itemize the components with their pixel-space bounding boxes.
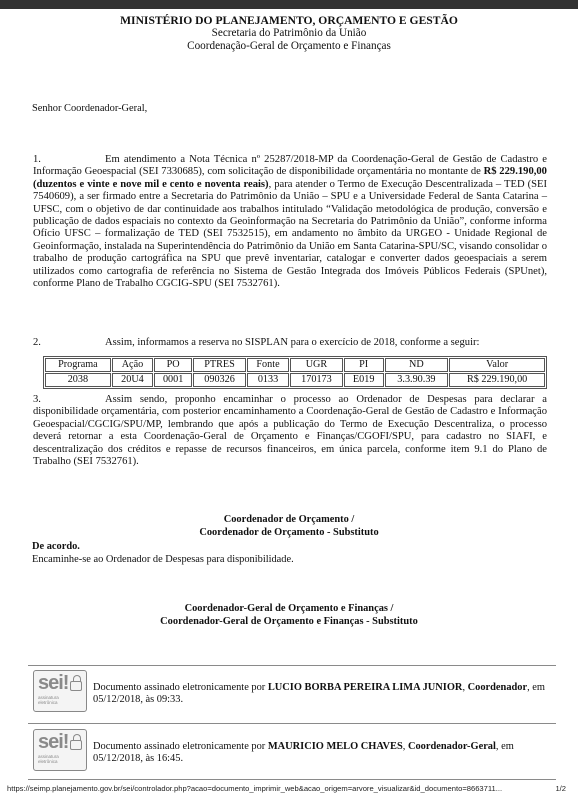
table-cell: 090326	[193, 373, 246, 387]
paragraph-text: Em atendimento a Nota Técnica nº 25287/2…	[33, 154, 547, 177]
sei-logo-text: sei!	[38, 672, 68, 694]
paragraph-2: 2.Assim, informamos a reserva no SISPLAN…	[33, 337, 547, 349]
paragraph-text: Assim, informamos a reserva no SISPLAN p…	[105, 337, 480, 348]
ministry-title: MINISTÉRIO DO PLANEJAMENTO, ORÇAMENTO E …	[0, 14, 578, 27]
table-cell: 170173	[290, 373, 343, 387]
budget-table: ProgramaAçãoPOPTRESFonteUGRPINDValor 203…	[43, 356, 547, 389]
paragraph-number: 3.	[33, 394, 105, 406]
table-header-cell: PTRES	[193, 358, 246, 372]
paragraph-3: 3.Assim sendo, proponho encaminhar o pro…	[33, 394, 547, 468]
table-header-cell: Valor	[449, 358, 545, 372]
table-header-cell: Fonte	[247, 358, 289, 372]
signer-role: Coordenador	[468, 682, 527, 693]
lock-icon	[70, 681, 82, 691]
sei-logo-text: sei!	[38, 731, 68, 753]
paragraph-1: 1.Em atendimento a Nota Técnica nº 25287…	[33, 154, 547, 290]
page-number: 1/2	[555, 784, 566, 793]
sei-logo-subtitle: assinaturaeletrônica	[38, 695, 59, 705]
table-header-cell: PI	[344, 358, 384, 372]
agreement: De acordo. Encaminhe-se ao Ordenador de …	[32, 541, 294, 566]
table-cell: 20U4	[112, 373, 153, 387]
divider	[28, 723, 556, 724]
signature-line: Coordenador de Orçamento /	[0, 514, 578, 527]
table-header-cell: ND	[385, 358, 449, 372]
top-bar	[0, 0, 578, 9]
sei-signature-logo[interactable]: sei! assinaturaeletrônica	[33, 729, 87, 771]
agreement-text: Encaminhe-se ao Ordenador de Despesas pa…	[32, 554, 294, 565]
table-cell: R$ 229.190,00	[449, 373, 545, 387]
lock-icon	[70, 740, 82, 750]
document-header: MINISTÉRIO DO PLANEJAMENTO, ORÇAMENTO E …	[0, 14, 578, 53]
table-header-row: ProgramaAçãoPOPTRESFonteUGRPINDValor	[45, 358, 545, 372]
signature-line: Coordenador-Geral de Orçamento e Finança…	[0, 616, 578, 629]
table-cell: 0001	[154, 373, 192, 387]
greeting: Senhor Coordenador-Geral,	[32, 103, 147, 114]
table-cell: 0133	[247, 373, 289, 387]
paragraph-number: 1.	[33, 154, 105, 166]
table-cell: E019	[344, 373, 384, 387]
signer-name: MAURICIO MELO CHAVES	[268, 741, 403, 752]
page-url[interactable]: https://seimp.planejamento.gov.br/sei/co…	[7, 784, 502, 793]
electronic-signature-1: sei! assinaturaeletrônica Documento assi…	[33, 670, 553, 706]
table-header-cell: Programa	[45, 358, 111, 372]
agreement-title: De acordo.	[32, 541, 294, 554]
signature-line: Coordenador de Orçamento - Substituto	[0, 527, 578, 540]
table-cell: 2038	[45, 373, 111, 387]
signature-block-coordinator: Coordenador de Orçamento / Coordenador d…	[0, 514, 578, 539]
sei-signature-logo[interactable]: sei! assinaturaeletrônica	[33, 670, 87, 712]
table-header-cell: PO	[154, 358, 192, 372]
paragraph-text-cont: , para atender o Termo de Execução Desce…	[33, 179, 547, 289]
signer-role: Coordenador-Geral	[408, 741, 496, 752]
secretariat-title: Secretaria do Patrimônio da União	[0, 27, 578, 40]
paragraph-text: Assim sendo, proponho encaminhar o proce…	[33, 394, 547, 467]
signature-text: Documento assinado eletronicamente por L…	[93, 682, 563, 707]
sei-logo-subtitle: assinaturaeletrônica	[38, 754, 59, 764]
divider	[28, 665, 556, 666]
divider	[28, 779, 556, 780]
table-cell: 3.3.90.39	[385, 373, 449, 387]
signature-line: Coordenador-Geral de Orçamento e Finança…	[0, 603, 578, 616]
signature-text: Documento assinado eletronicamente por M…	[93, 741, 563, 766]
signer-name: LUCIO BORBA PEREIRA LIMA JUNIOR	[268, 682, 463, 693]
table-row: 203820U400010903260133170173E0193.3.90.3…	[45, 373, 545, 387]
table-header-cell: Ação	[112, 358, 153, 372]
table-header-cell: UGR	[290, 358, 343, 372]
signature-block-general-coordinator: Coordenador-Geral de Orçamento e Finança…	[0, 603, 578, 628]
electronic-signature-2: sei! assinaturaeletrônica Documento assi…	[33, 729, 553, 765]
paragraph-number: 2.	[33, 337, 105, 349]
coordination-title: Coordenação-Geral de Orçamento e Finança…	[0, 40, 578, 53]
